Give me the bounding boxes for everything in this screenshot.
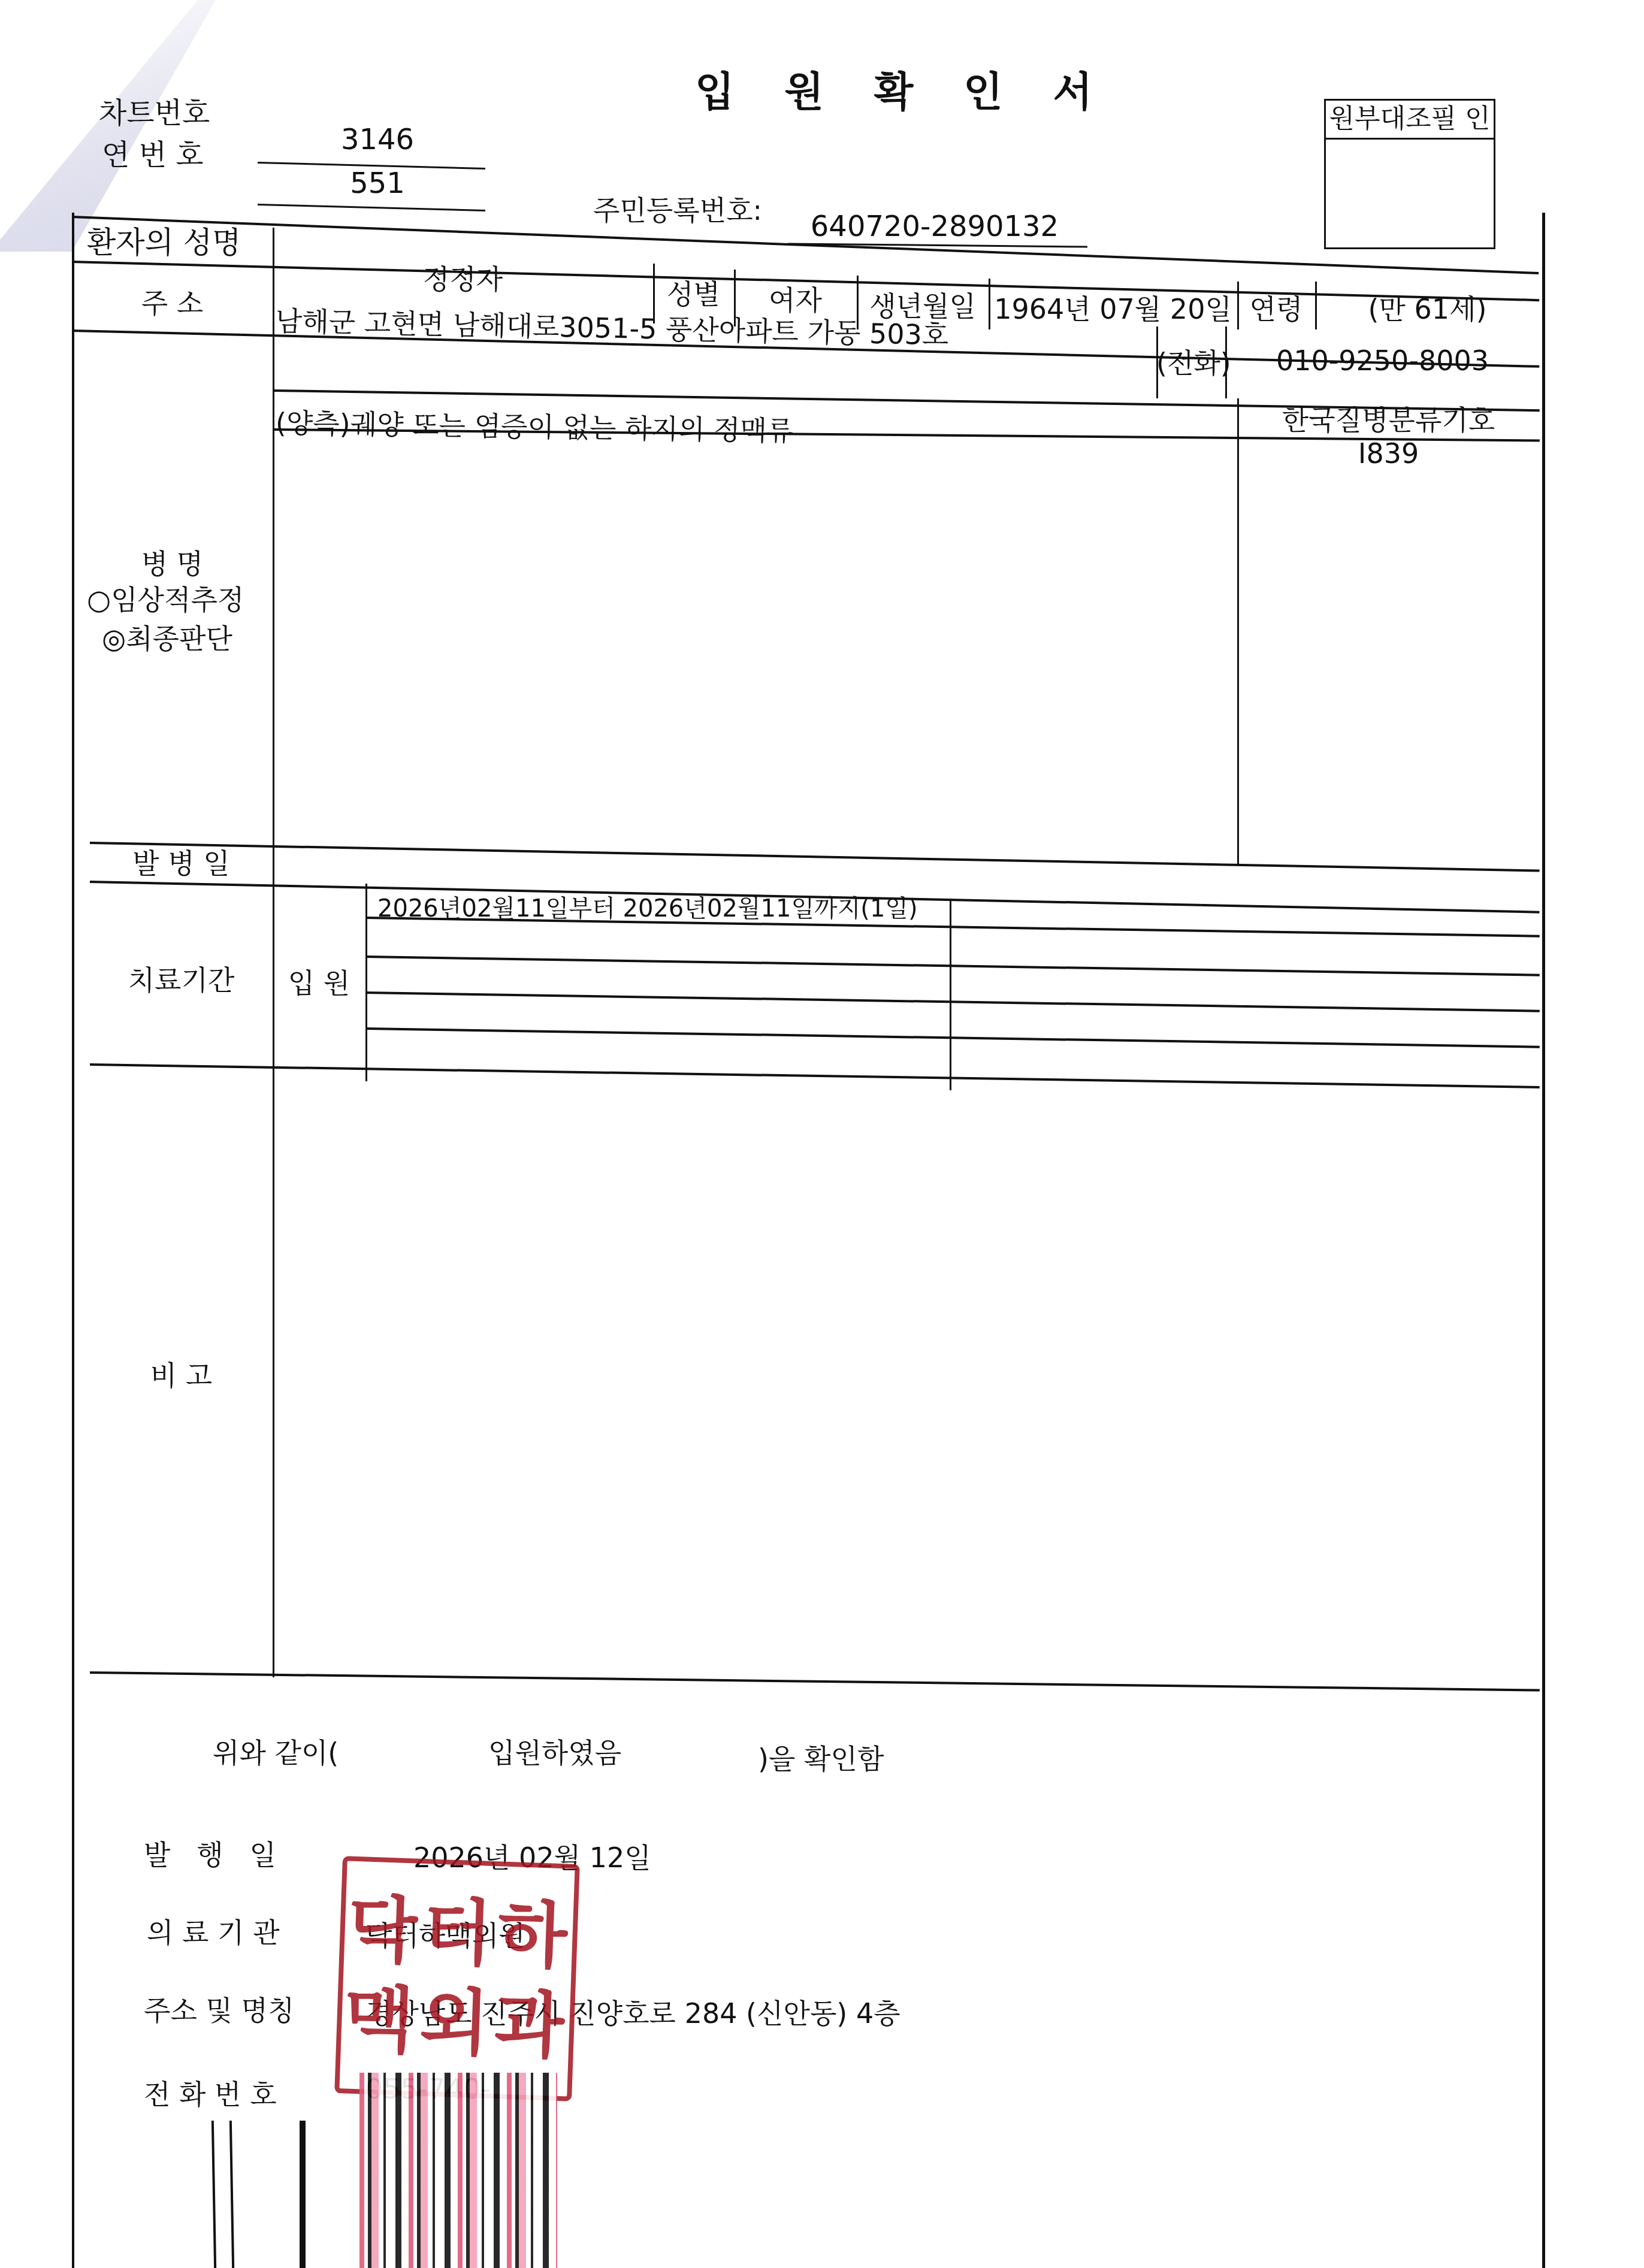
serial-no-underline	[258, 204, 485, 211]
serial-no-value: 551	[264, 167, 491, 200]
age-value: (만 61세)	[1315, 288, 1540, 327]
scan-streak-artifact	[300, 2121, 306, 2268]
stamp-char: 맥	[342, 1974, 420, 2067]
institution-label: 의 료 기 관	[147, 1911, 280, 1951]
stamp-char: 과	[491, 1980, 570, 2072]
issuer-address-label: 주소 및 명칭	[144, 1989, 294, 2028]
diagnosis-option-clinical: ○임상적추정	[87, 578, 244, 618]
dob-value: 1964년 07월 20일	[989, 288, 1237, 327]
rule	[273, 228, 274, 1677]
treatment-type: 입 원	[273, 961, 365, 1001]
stamp-char: 닥	[344, 1885, 423, 1977]
remarks-label: 비 고	[90, 1354, 273, 1393]
confirmation-prefix: 위와 같이(	[213, 1731, 339, 1771]
phone-value: 010-9250-8003	[1225, 344, 1540, 377]
phone-label: (전화)	[1156, 341, 1225, 381]
chart-no-label: 차트번호	[99, 90, 210, 131]
confirmation-suffix: )을 확인함	[758, 1737, 884, 1777]
treatment-period-1: 2026년02월11일부터 2026년02월11일까지(1일)	[377, 890, 918, 924]
rule	[365, 884, 367, 1081]
rule	[950, 899, 951, 1090]
stamp-char: 터	[419, 1888, 498, 1980]
hospital-seal-stamp: 닥 터 하 맥 외 과	[334, 1856, 580, 2101]
patient-name-label: 환자의 성명	[87, 219, 241, 262]
address-label: 주 소	[72, 282, 273, 321]
stamp-char: 외	[416, 1977, 495, 2070]
treatment-label: 치료기간	[90, 958, 273, 998]
kcd-code: I839	[1237, 437, 1540, 470]
serial-no-label: 연 번 호	[102, 132, 204, 173]
age-label: 연령	[1237, 288, 1315, 327]
patient-name-value: 정정자	[273, 258, 653, 297]
issuer-phone-label: 전 화 번 호	[144, 2073, 277, 2112]
onset-label: 발 병 일	[90, 842, 273, 881]
seal-box-label: 원부대조필 인	[1326, 101, 1494, 140]
scan-streak-artifact	[359, 2073, 557, 2268]
issue-date-label: 발 행 일	[144, 1833, 276, 1873]
diagnosis-option-final: ◎최종판단	[102, 617, 232, 657]
confirmation-middle: 입원하였음	[488, 1731, 621, 1771]
document-page: 입 원 확 인 서 차트번호 3146 연 번 호 551 주민등록번호: 64…	[0, 0, 1644, 2268]
diagnosis-label: 병 명	[72, 542, 273, 582]
sex-label: 성별	[653, 273, 734, 312]
diagnosis-name: (양측)궤양 또는 염증이 없는 하지의 정맥류	[275, 401, 793, 449]
kcd-label: 한국질병분류기호	[1237, 398, 1540, 438]
stamp-char: 하	[495, 1890, 573, 1982]
form-table	[72, 213, 1545, 2268]
document-title: 입 원 확 인 서	[695, 60, 1110, 118]
chart-no-value: 3146	[264, 123, 491, 156]
